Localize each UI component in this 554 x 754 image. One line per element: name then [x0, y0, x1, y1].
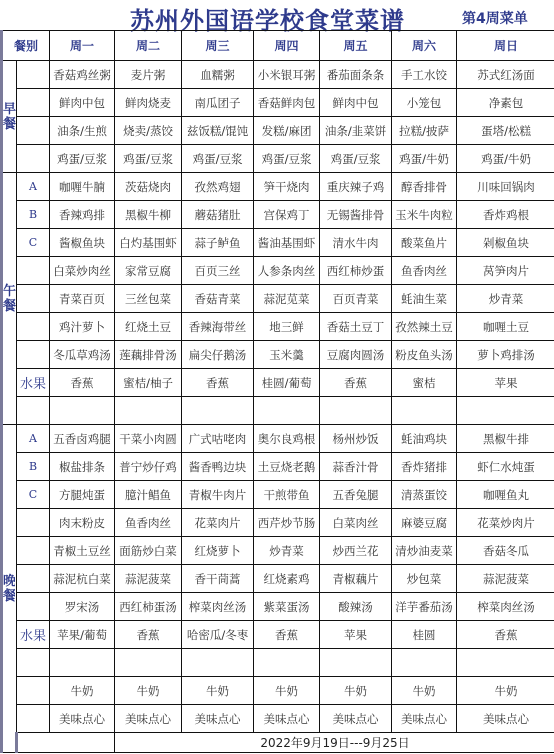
- dish-cell: 油条/生煎: [50, 117, 115, 145]
- dish-cell: 鸡蛋/豆浆: [254, 145, 320, 173]
- dish-cell: 蚝油鸡块: [392, 425, 457, 453]
- meal-label-text: 早餐: [3, 102, 16, 132]
- dish-cell: 茨菇烧肉: [115, 173, 182, 201]
- snack-cell: 美味点心: [392, 705, 457, 733]
- dish-cell: 净素包: [457, 89, 554, 117]
- blank-cell: [254, 397, 320, 425]
- sub-label: [17, 117, 50, 145]
- dish-cell: 家常豆腐: [115, 257, 182, 285]
- sub-label: [17, 145, 50, 173]
- header-day: 周六: [392, 31, 457, 61]
- dish-cell: 炒青菜: [254, 537, 320, 565]
- dish-cell: 方腿炖蛋: [50, 481, 115, 509]
- dish-cell: 干菜小肉圆: [115, 425, 182, 453]
- blank-cell: [17, 649, 50, 677]
- sub-label: A: [17, 425, 50, 453]
- header-meal: 餐别: [2, 31, 50, 61]
- dish-cell: 黑椒牛排: [457, 425, 554, 453]
- blank-cell: [254, 649, 320, 677]
- dinner-fruit-row: 水果苹果/葡萄香蕉哈密瓜/冬枣香蕉苹果桂圆香蕉: [2, 621, 554, 649]
- dish-cell: 蒜香汁骨: [320, 453, 392, 481]
- dish-cell: 鸡蛋/牛奶: [457, 145, 554, 173]
- fruit-cell: 香蕉: [254, 621, 320, 649]
- dish-cell: 白菜肉丝: [320, 509, 392, 537]
- lunch-row: 青菜百页三丝包菜香菇青菜蒜泥苋菜百页青菜蚝油生菜炒青菜: [2, 285, 554, 313]
- dish-cell: 鸡蛋/豆浆: [115, 145, 182, 173]
- blank-cell: [320, 649, 392, 677]
- dish-cell: 青菜百页: [50, 285, 115, 313]
- sub-label: A: [17, 173, 50, 201]
- dish-cell: 炒包菜: [392, 565, 457, 593]
- snack-dessert-row: 美味点心美味点心美味点心美味点心美味点心美味点心美味点心: [2, 705, 554, 733]
- dish-cell: 小米银耳粥: [254, 61, 320, 89]
- snack-cell: 牛奶: [392, 677, 457, 705]
- dish-cell: 普宁炒仔鸡: [115, 453, 182, 481]
- fruit-cell: 苹果/葡萄: [50, 621, 115, 649]
- dish-cell: 百页青菜: [320, 285, 392, 313]
- breakfast-row: 鸡蛋/豆浆鸡蛋/豆浆鸡蛋/豆浆鸡蛋/豆浆鸡蛋/豆浆鸡蛋/牛奶鸡蛋/牛奶: [2, 145, 554, 173]
- lunch-fruit-row: 水果香蕉蜜桔/柚子香蕉桂圆/葡萄香蕉蜜桔苹果: [2, 369, 554, 397]
- lunch-row: B香辣鸡排黑椒牛柳蘑菇猪肚宫保鸡丁无锡酱排骨玉米牛肉粒香炸鸡根: [2, 201, 554, 229]
- dish-cell: 鸡蛋/豆浆: [182, 145, 254, 173]
- dish-cell: 黑椒牛柳: [115, 201, 182, 229]
- dish-cell: 干煎带鱼: [254, 481, 320, 509]
- dish-cell: 孜然辣土豆: [392, 313, 457, 341]
- dish-cell: 白灼基围虾: [115, 229, 182, 257]
- dish-cell: 咖喱土豆: [457, 313, 554, 341]
- dish-cell: 香炸鸡根: [457, 201, 554, 229]
- dish-cell: 蛋塔/松糕: [457, 117, 554, 145]
- header-day: 周三: [182, 31, 254, 61]
- dish-cell: 手工水饺: [392, 61, 457, 89]
- header-day: 周五: [320, 31, 392, 61]
- dinner-row: 蒜泥杭白菜蒜泥菠菜香干茼蒿红烧素鸡青椒藕片炒包菜蒜泥菠菜: [2, 565, 554, 593]
- dish-cell: 青椒土豆丝: [50, 537, 115, 565]
- dish-cell: 冬瓜草鸡汤: [50, 341, 115, 369]
- dish-cell: 无锡酱排骨: [320, 201, 392, 229]
- dish-cell: 莴笋肉片: [457, 257, 554, 285]
- lunch-row: 冬瓜草鸡汤莲藕排骨汤扁尖仔鹅汤玉米羹豆腐肉圆汤粉皮鱼头汤萝卜鸡排汤: [2, 341, 554, 369]
- dish-cell: 红烧萝卜: [182, 537, 254, 565]
- dish-cell: 白菜炒肉丝: [50, 257, 115, 285]
- dish-cell: 血糯粥: [182, 61, 254, 89]
- fruit-cell: 蜜桔/柚子: [115, 369, 182, 397]
- fruit-cell: 香蕉: [115, 621, 182, 649]
- dish-cell: 鲜肉中包: [50, 89, 115, 117]
- lunch-blank-row: [2, 397, 554, 425]
- blank-cell: [182, 397, 254, 425]
- dish-cell: 清蒸蛋饺: [392, 481, 457, 509]
- dish-cell: 兹饭糕/馄饨: [182, 117, 254, 145]
- dish-cell: 南瓜团子: [182, 89, 254, 117]
- dish-cell: 蚝油生菜: [392, 285, 457, 313]
- dish-cell: 三丝包菜: [115, 285, 182, 313]
- fruit-cell: 桂圆: [392, 621, 457, 649]
- dish-cell: 清炒油麦菜: [392, 537, 457, 565]
- snack-cell: 牛奶: [254, 677, 320, 705]
- dish-cell: 玉米牛肉粒: [392, 201, 457, 229]
- breakfast-row: 油条/生煎烧卖/蒸饺兹饭糕/馄饨发糕/麻团油条/韭菜饼拉糕/披萨蛋塔/松糕: [2, 117, 554, 145]
- dish-cell: 臆汁鲳鱼: [115, 481, 182, 509]
- fruit-cell: 苹果: [320, 621, 392, 649]
- dish-cell: 重庆辣子鸡: [320, 173, 392, 201]
- snack-milk-row: 牛奶牛奶牛奶牛奶牛奶牛奶牛奶: [2, 677, 554, 705]
- dish-cell: 玉米羹: [254, 341, 320, 369]
- dish-cell: 醇香排骨: [392, 173, 457, 201]
- dish-cell: 番茄面条条: [320, 61, 392, 89]
- date-range: 2022年9月19日---9月25日: [115, 733, 554, 753]
- dinner-row: 晚餐A五香卤鸡腿干菜小肉圆广式咕咾肉奥尔良鸡根杨州炒饭蚝油鸡块黑椒牛排: [2, 425, 554, 453]
- dish-cell: 香菇冬瓜: [457, 537, 554, 565]
- blank-cell: [115, 397, 182, 425]
- dish-cell: 五香卤鸡腿: [50, 425, 115, 453]
- sub-label: [17, 593, 50, 621]
- dish-cell: 香菇鸡丝粥: [50, 61, 115, 89]
- blank-cell: [457, 397, 554, 425]
- snack-cell: 牛奶: [115, 677, 182, 705]
- dish-cell: 酱香鸭边块: [182, 453, 254, 481]
- date-row: 2022年9月19日---9月25日: [2, 733, 554, 753]
- dish-cell: 川味回锅肉: [457, 173, 554, 201]
- dish-cell: 青椒藕片: [320, 565, 392, 593]
- sub-label: [17, 705, 50, 733]
- fruit-cell: 香蕉: [457, 621, 554, 649]
- dish-cell: 百页三丝: [182, 257, 254, 285]
- dish-cell: 扁尖仔鹅汤: [182, 341, 254, 369]
- dish-cell: 榨菜肉丝汤: [457, 593, 554, 621]
- dish-cell: 剁椒鱼块: [457, 229, 554, 257]
- header-day: 周四: [254, 31, 320, 61]
- dish-cell: 地三鲜: [254, 313, 320, 341]
- dish-cell: 西芹炒节肠: [254, 509, 320, 537]
- dinner-row: 罗宋汤西红柿蛋汤榨菜肉丝汤紫菜蛋汤酸辣汤洋芋番茄汤榨菜肉丝汤: [2, 593, 554, 621]
- header-day: 周二: [115, 31, 182, 61]
- dish-cell: 鸡蛋/牛奶: [392, 145, 457, 173]
- dish-cell: 粉皮鱼头汤: [392, 341, 457, 369]
- dish-cell: 豆腐肉圆汤: [320, 341, 392, 369]
- fruit-cell: 桂圆/葡萄: [254, 369, 320, 397]
- sub-label: [17, 285, 50, 313]
- dish-cell: 宫保鸡丁: [254, 201, 320, 229]
- fruit-cell: 香蕉: [50, 369, 115, 397]
- dish-cell: 鲜肉中包: [320, 89, 392, 117]
- dish-cell: 鸡蛋/豆浆: [50, 145, 115, 173]
- sub-label: [17, 677, 50, 705]
- dish-cell: 油条/韭菜饼: [320, 117, 392, 145]
- dish-cell: 香辣鸡排: [50, 201, 115, 229]
- dish-cell: 肉末粉皮: [50, 509, 115, 537]
- dish-cell: 麦片粥: [115, 61, 182, 89]
- dish-cell: 人参条肉丝: [254, 257, 320, 285]
- dish-cell: 酱油基围虾: [254, 229, 320, 257]
- snack-cell: 美味点心: [320, 705, 392, 733]
- snack-cell: 美味点心: [457, 705, 554, 733]
- dish-cell: 蘑菇猪肚: [182, 201, 254, 229]
- snack-cell: 牛奶: [457, 677, 554, 705]
- blank-cell: [457, 649, 554, 677]
- meal-label: 早餐: [2, 61, 17, 173]
- dish-cell: 罗宋汤: [50, 593, 115, 621]
- dish-cell: 香辣海带丝: [182, 313, 254, 341]
- dish-cell: 香菇土豆丁: [320, 313, 392, 341]
- date-spacer: [17, 733, 115, 753]
- dish-cell: 洋芋番茄汤: [392, 593, 457, 621]
- breakfast-row: 早餐香菇鸡丝粥麦片粥血糯粥小米银耳粥番茄面条条手工水饺苏式红汤面: [2, 61, 554, 89]
- week-label: 第4周菜单: [462, 8, 528, 28]
- snack-cell: 美味点心: [182, 705, 254, 733]
- dish-cell: 虾仁水炖蛋: [457, 453, 554, 481]
- dish-cell: 鸡蛋/豆浆: [320, 145, 392, 173]
- sub-label: [17, 341, 50, 369]
- meal-label: 晚餐: [2, 425, 17, 753]
- dish-cell: 莲藕排骨汤: [115, 341, 182, 369]
- lunch-row: 鸡汁萝卜红烧土豆香辣海带丝地三鲜香菇土豆丁孜然辣土豆咖喱土豆: [2, 313, 554, 341]
- dish-cell: 五香兔腿: [320, 481, 392, 509]
- sub-label: [17, 61, 50, 89]
- sub-label: [17, 89, 50, 117]
- dish-cell: 香炸猪排: [392, 453, 457, 481]
- dish-cell: 榨菜肉丝汤: [182, 593, 254, 621]
- lunch-row: C酱椒鱼块白灼基围虾蒜子鲈鱼酱油基围虾清水牛肉酸菜鱼片剁椒鱼块: [2, 229, 554, 257]
- blank-cell: [50, 649, 115, 677]
- dinner-blank-row: [2, 649, 554, 677]
- dish-cell: 咖喱鱼丸: [457, 481, 554, 509]
- blank-cell: [320, 397, 392, 425]
- dish-cell: 鱼香肉丝: [115, 509, 182, 537]
- dish-cell: 孜然鸡翅: [182, 173, 254, 201]
- dish-cell: 土豆烧老鹅: [254, 453, 320, 481]
- dish-cell: 西红柿蛋汤: [115, 593, 182, 621]
- header-day: 周一: [50, 31, 115, 61]
- sub-label: [17, 509, 50, 537]
- dish-cell: 烧卖/蒸饺: [115, 117, 182, 145]
- fruit-cell: 苹果: [457, 369, 554, 397]
- dish-cell: 萝卜鸡排汤: [457, 341, 554, 369]
- sub-label: [17, 257, 50, 285]
- dish-cell: 面筋炒白菜: [115, 537, 182, 565]
- fruit-label: 水果: [17, 621, 50, 649]
- dish-cell: 花菜肉片: [182, 509, 254, 537]
- dish-cell: 苏式红汤面: [457, 61, 554, 89]
- blank-cell: [182, 649, 254, 677]
- blank-cell: [50, 397, 115, 425]
- dish-cell: 炒青菜: [457, 285, 554, 313]
- dish-cell: 椒盐排条: [50, 453, 115, 481]
- dish-cell: 红烧土豆: [115, 313, 182, 341]
- dish-cell: 拉糕/披萨: [392, 117, 457, 145]
- sub-label: [17, 313, 50, 341]
- header-row: 餐别 周一 周二 周三 周四 周五 周六 周日: [2, 31, 554, 61]
- dish-cell: 酸辣汤: [320, 593, 392, 621]
- meal-label: 午餐: [2, 173, 17, 425]
- sub-label: C: [17, 229, 50, 257]
- dish-cell: 笋干烧肉: [254, 173, 320, 201]
- snack-cell: 牛奶: [320, 677, 392, 705]
- dish-cell: 香菇青菜: [182, 285, 254, 313]
- snack-cell: 美味点心: [115, 705, 182, 733]
- blank-cell: [17, 397, 50, 425]
- sub-label: B: [17, 201, 50, 229]
- dish-cell: 紫菜蛋汤: [254, 593, 320, 621]
- dish-cell: 杨州炒饭: [320, 425, 392, 453]
- blank-cell: [392, 649, 457, 677]
- dish-cell: 麻婆豆腐: [392, 509, 457, 537]
- sub-label: [17, 537, 50, 565]
- fruit-cell: 蜜桔: [392, 369, 457, 397]
- lunch-row: 白菜炒肉丝家常豆腐百页三丝人参条肉丝西红柿炒蛋鱼香肉丝莴笋肉片: [2, 257, 554, 285]
- lunch-row: 午餐A咖喱牛腩茨菇烧肉孜然鸡翅笋干烧肉重庆辣子鸡醇香排骨川味回锅肉: [2, 173, 554, 201]
- dish-cell: 鲜肉烧麦: [115, 89, 182, 117]
- dinner-row: B椒盐排条普宁炒仔鸡酱香鸭边块土豆烧老鹅蒜香汁骨香炸猪排虾仁水炖蛋: [2, 453, 554, 481]
- dish-cell: 炒西兰花: [320, 537, 392, 565]
- dish-cell: 红烧素鸡: [254, 565, 320, 593]
- blank-cell: [115, 649, 182, 677]
- dish-cell: 青椒牛肉片: [182, 481, 254, 509]
- dish-cell: 香干茼蒿: [182, 565, 254, 593]
- dish-cell: 西红柿炒蛋: [320, 257, 392, 285]
- dish-cell: 蒜泥杭白菜: [50, 565, 115, 593]
- dish-cell: 蒜泥苋菜: [254, 285, 320, 313]
- dinner-row: 青椒土豆丝面筋炒白菜红烧萝卜炒青菜炒西兰花清炒油麦菜香菇冬瓜: [2, 537, 554, 565]
- dish-cell: 清水牛肉: [320, 229, 392, 257]
- snack-cell: 牛奶: [50, 677, 115, 705]
- dish-cell: 奥尔良鸡根: [254, 425, 320, 453]
- dish-cell: 发糕/麻团: [254, 117, 320, 145]
- snack-cell: 美味点心: [50, 705, 115, 733]
- sub-label: [17, 565, 50, 593]
- dish-cell: 蒜泥菠菜: [115, 565, 182, 593]
- meal-label-text: 午餐: [3, 284, 16, 314]
- title-bar: 苏州外国语学校食堂菜谱 第4周菜单: [0, 0, 554, 30]
- dinner-row: 肉末粉皮鱼香肉丝花菜肉片西芹炒节肠白菜肉丝麻婆豆腐花菜炒肉片: [2, 509, 554, 537]
- dish-cell: 花菜炒肉片: [457, 509, 554, 537]
- dinner-row: C方腿炖蛋臆汁鲳鱼青椒牛肉片干煎带鱼五香兔腿清蒸蛋饺咖喱鱼丸: [2, 481, 554, 509]
- dish-cell: 鸡汁萝卜: [50, 313, 115, 341]
- breakfast-row: 鲜肉中包鲜肉烧麦南瓜团子香菇鲜肉包鲜肉中包小笼包净素包: [2, 89, 554, 117]
- meal-label-text: 晚餐: [3, 574, 16, 604]
- dish-cell: 广式咕咾肉: [182, 425, 254, 453]
- dish-cell: 酸菜鱼片: [392, 229, 457, 257]
- fruit-cell: 香蕉: [320, 369, 392, 397]
- sub-label: C: [17, 481, 50, 509]
- sub-label: B: [17, 453, 50, 481]
- dish-cell: 蒜子鲈鱼: [182, 229, 254, 257]
- dish-cell: 小笼包: [392, 89, 457, 117]
- fruit-label: 水果: [17, 369, 50, 397]
- snack-cell: 美味点心: [254, 705, 320, 733]
- dish-cell: 蒜泥菠菜: [457, 565, 554, 593]
- dish-cell: 酱椒鱼块: [50, 229, 115, 257]
- fruit-cell: 香蕉: [182, 369, 254, 397]
- dish-cell: 咖喱牛腩: [50, 173, 115, 201]
- blank-cell: [392, 397, 457, 425]
- header-day: 周日: [457, 31, 554, 61]
- fruit-cell: 哈密瓜/冬枣: [182, 621, 254, 649]
- menu-table: 餐别 周一 周二 周三 周四 周五 周六 周日 早餐香菇鸡丝粥麦片粥血糯粥小米银…: [0, 30, 554, 753]
- snack-cell: 牛奶: [182, 677, 254, 705]
- dish-cell: 鱼香肉丝: [392, 257, 457, 285]
- dish-cell: 香菇鲜肉包: [254, 89, 320, 117]
